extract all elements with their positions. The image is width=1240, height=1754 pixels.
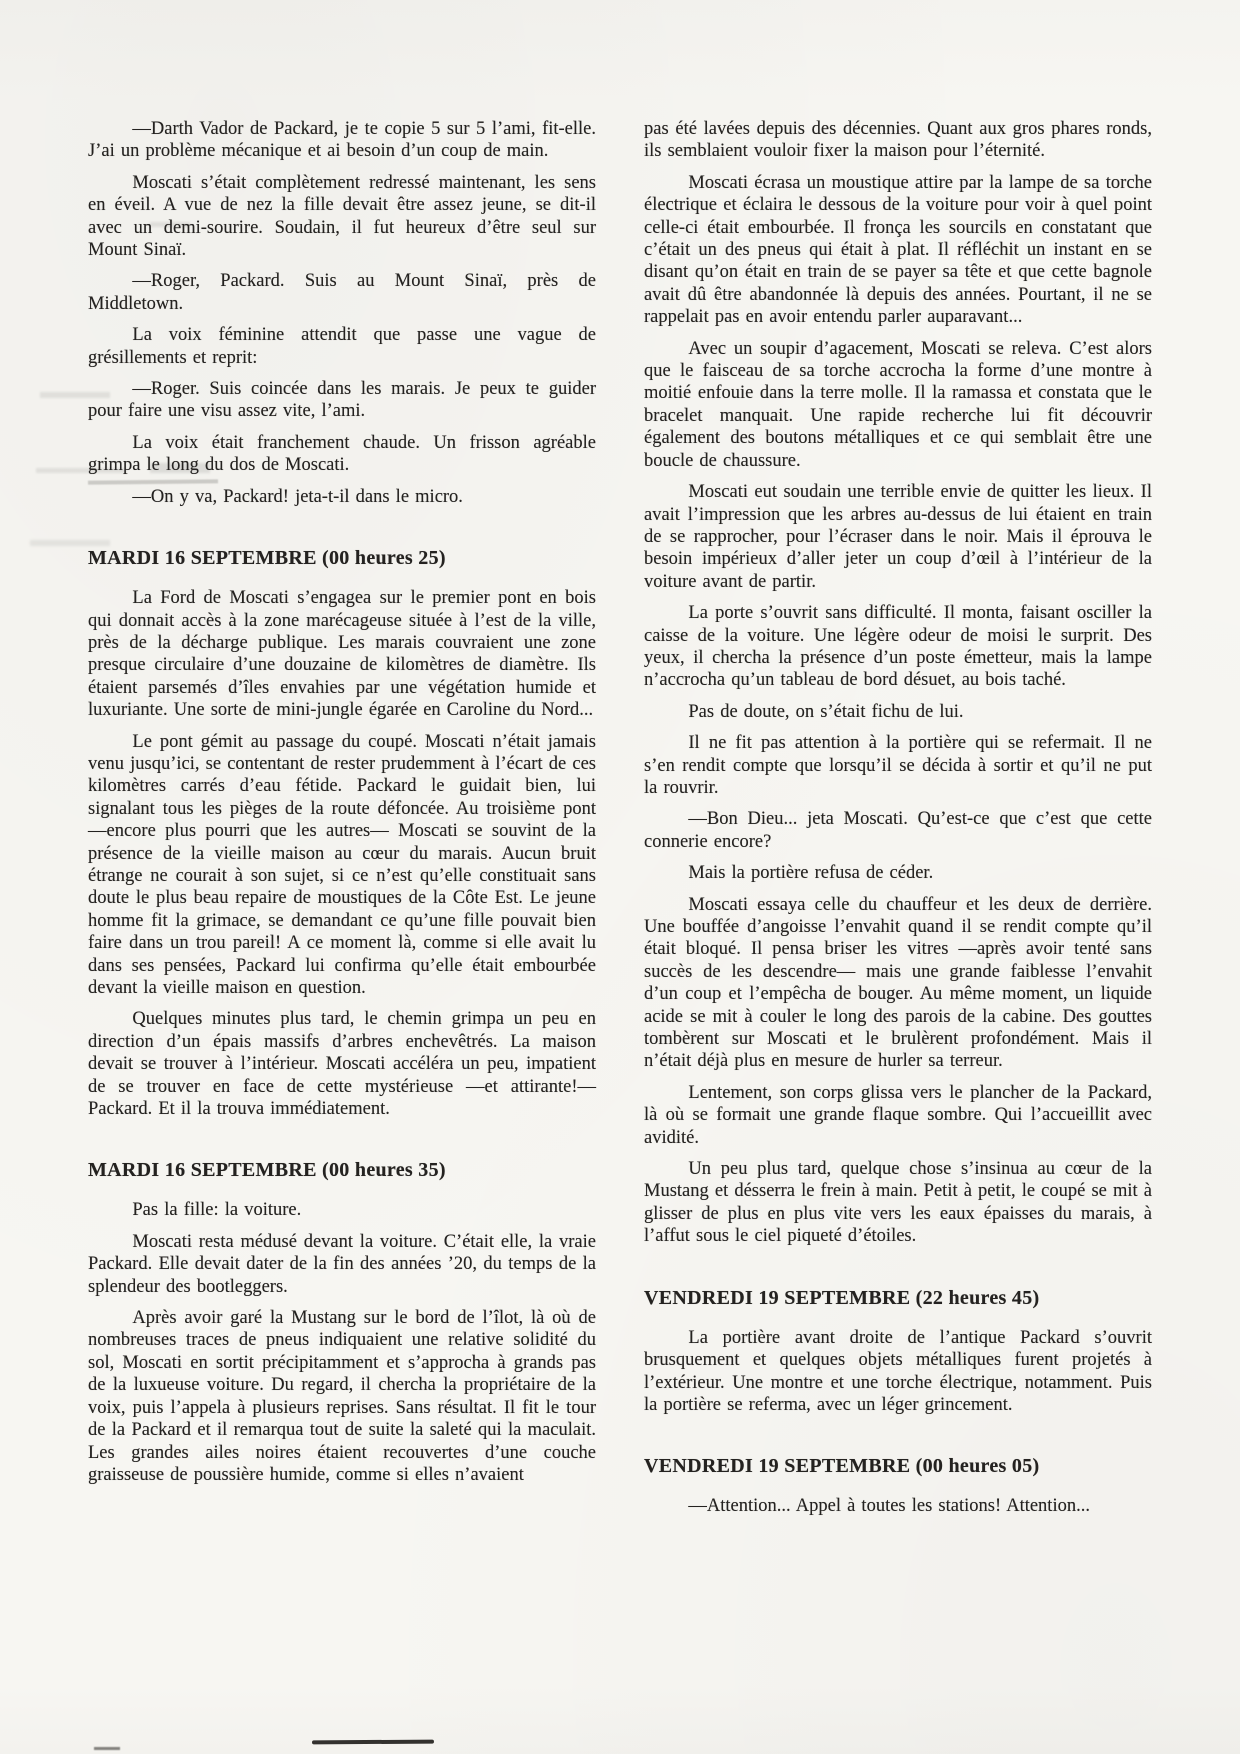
- paragraph: La voix féminine attendit que passe une …: [88, 324, 596, 369]
- paragraph: Quelques minutes plus tard, le chemin gr…: [88, 1008, 596, 1120]
- paragraph: pas été lavées depuis des décennies. Qua…: [644, 118, 1152, 163]
- paragraph: Moscati écrasa un moustique attire par l…: [644, 172, 1152, 329]
- paragraph: Avec un soupir d’agacement, Moscati se r…: [644, 338, 1152, 472]
- paragraph: Pas de doute, on s’était fichu de lui.: [644, 701, 1152, 723]
- paragraph: —Attention... Appel à toutes les station…: [644, 1495, 1152, 1517]
- paragraph: Pas la fille: la voiture.: [88, 1199, 596, 1221]
- right-column: pas été lavées depuis des décennies. Qua…: [644, 118, 1152, 1527]
- scanned-page: —Darth Vador de Packard, je te copie 5 s…: [0, 0, 1240, 1754]
- paragraph: —Roger, Packard. Suis au Mount Sinaï, pr…: [88, 270, 596, 315]
- paragraph: Moscati s’était complètement redressé ma…: [88, 172, 596, 262]
- left-column: —Darth Vador de Packard, je te copie 5 s…: [88, 118, 596, 1527]
- scan-artifact: [94, 1747, 120, 1750]
- section-heading: VENDREDI 19 SEPTEMBRE (22 heures 45): [644, 1286, 1152, 1310]
- section-heading: MARDI 16 SEPTEMBRE (00 heures 25): [88, 546, 596, 570]
- paragraph: Moscati resta médusé devant la voiture. …: [88, 1231, 596, 1298]
- paragraph: Moscati essaya celle du chauffeur et les…: [644, 894, 1152, 1073]
- paragraph: Mais la portière refusa de céder.: [644, 862, 1152, 884]
- paragraph: —Bon Dieu... jeta Moscati. Qu’est-ce que…: [644, 808, 1152, 853]
- paragraph: La voix était franchement chaude. Un fri…: [88, 432, 596, 477]
- paragraph: La porte s’ouvrit sans difficulté. Il mo…: [644, 602, 1152, 692]
- section-heading: MARDI 16 SEPTEMBRE (00 heures 35): [88, 1158, 596, 1182]
- paragraph: Lentement, son corps glissa vers le plan…: [644, 1082, 1152, 1149]
- paragraph: Moscati eut soudain une terrible envie d…: [644, 481, 1152, 593]
- paragraph: —Roger. Suis coincée dans les marais. Je…: [88, 378, 596, 423]
- section-heading: VENDREDI 19 SEPTEMBRE (00 heures 05): [644, 1454, 1152, 1478]
- paragraph: La portière avant droite de l’antique Pa…: [644, 1327, 1152, 1417]
- paragraph: Il ne fit pas attention à la portière qu…: [644, 732, 1152, 799]
- paragraph: Le pont gémit au passage du coupé. Mosca…: [88, 731, 596, 1000]
- paragraph: Après avoir garé la Mustang sur le bord …: [88, 1307, 596, 1486]
- paragraph: Un peu plus tard, quelque chose s’insinu…: [644, 1158, 1152, 1248]
- scan-artifact: [312, 1740, 434, 1745]
- paragraph: —On y va, Packard! jeta-t-il dans le mic…: [88, 486, 596, 508]
- paragraph: La Ford de Moscati s’engagea sur le prem…: [88, 587, 596, 721]
- text-columns: —Darth Vador de Packard, je te copie 5 s…: [0, 0, 1240, 1527]
- paragraph: —Darth Vador de Packard, je te copie 5 s…: [88, 118, 596, 163]
